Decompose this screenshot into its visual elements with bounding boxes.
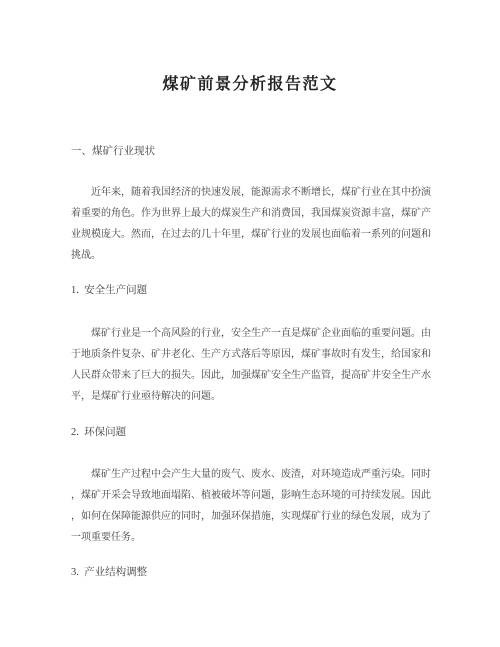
document-title: 煤矿前景分析报告范文 bbox=[0, 74, 500, 96]
section-heading-safety-production: 1. 安全生产问题 bbox=[71, 284, 431, 298]
paragraph-industry-status: 近年来，随着我国经济的快速发展，能源需求不断增长，煤矿行业在其中扮演着重要的角色… bbox=[71, 182, 431, 266]
section-heading-industry-structure: 3. 产业结构调整 bbox=[71, 566, 431, 580]
document-page: 煤矿前景分析报告范文 一、煤矿行业现状 近年来，随着我国经济的快速发展，能源需求… bbox=[0, 0, 500, 647]
section-heading-environment: 2. 环保问题 bbox=[71, 426, 431, 440]
paragraph-safety-production: 煤矿行业是一个高风险的行业，安全生产一直是煤矿企业面临的重要问题。由于地质条件复… bbox=[71, 323, 431, 407]
section-heading-industry-status: 一、煤矿行业现状 bbox=[71, 145, 431, 159]
paragraph-environment: 煤矿生产过程中会产生大量的废气、废水、废渣，对环境造成严重污染。同时，煤矿开采会… bbox=[71, 464, 431, 548]
